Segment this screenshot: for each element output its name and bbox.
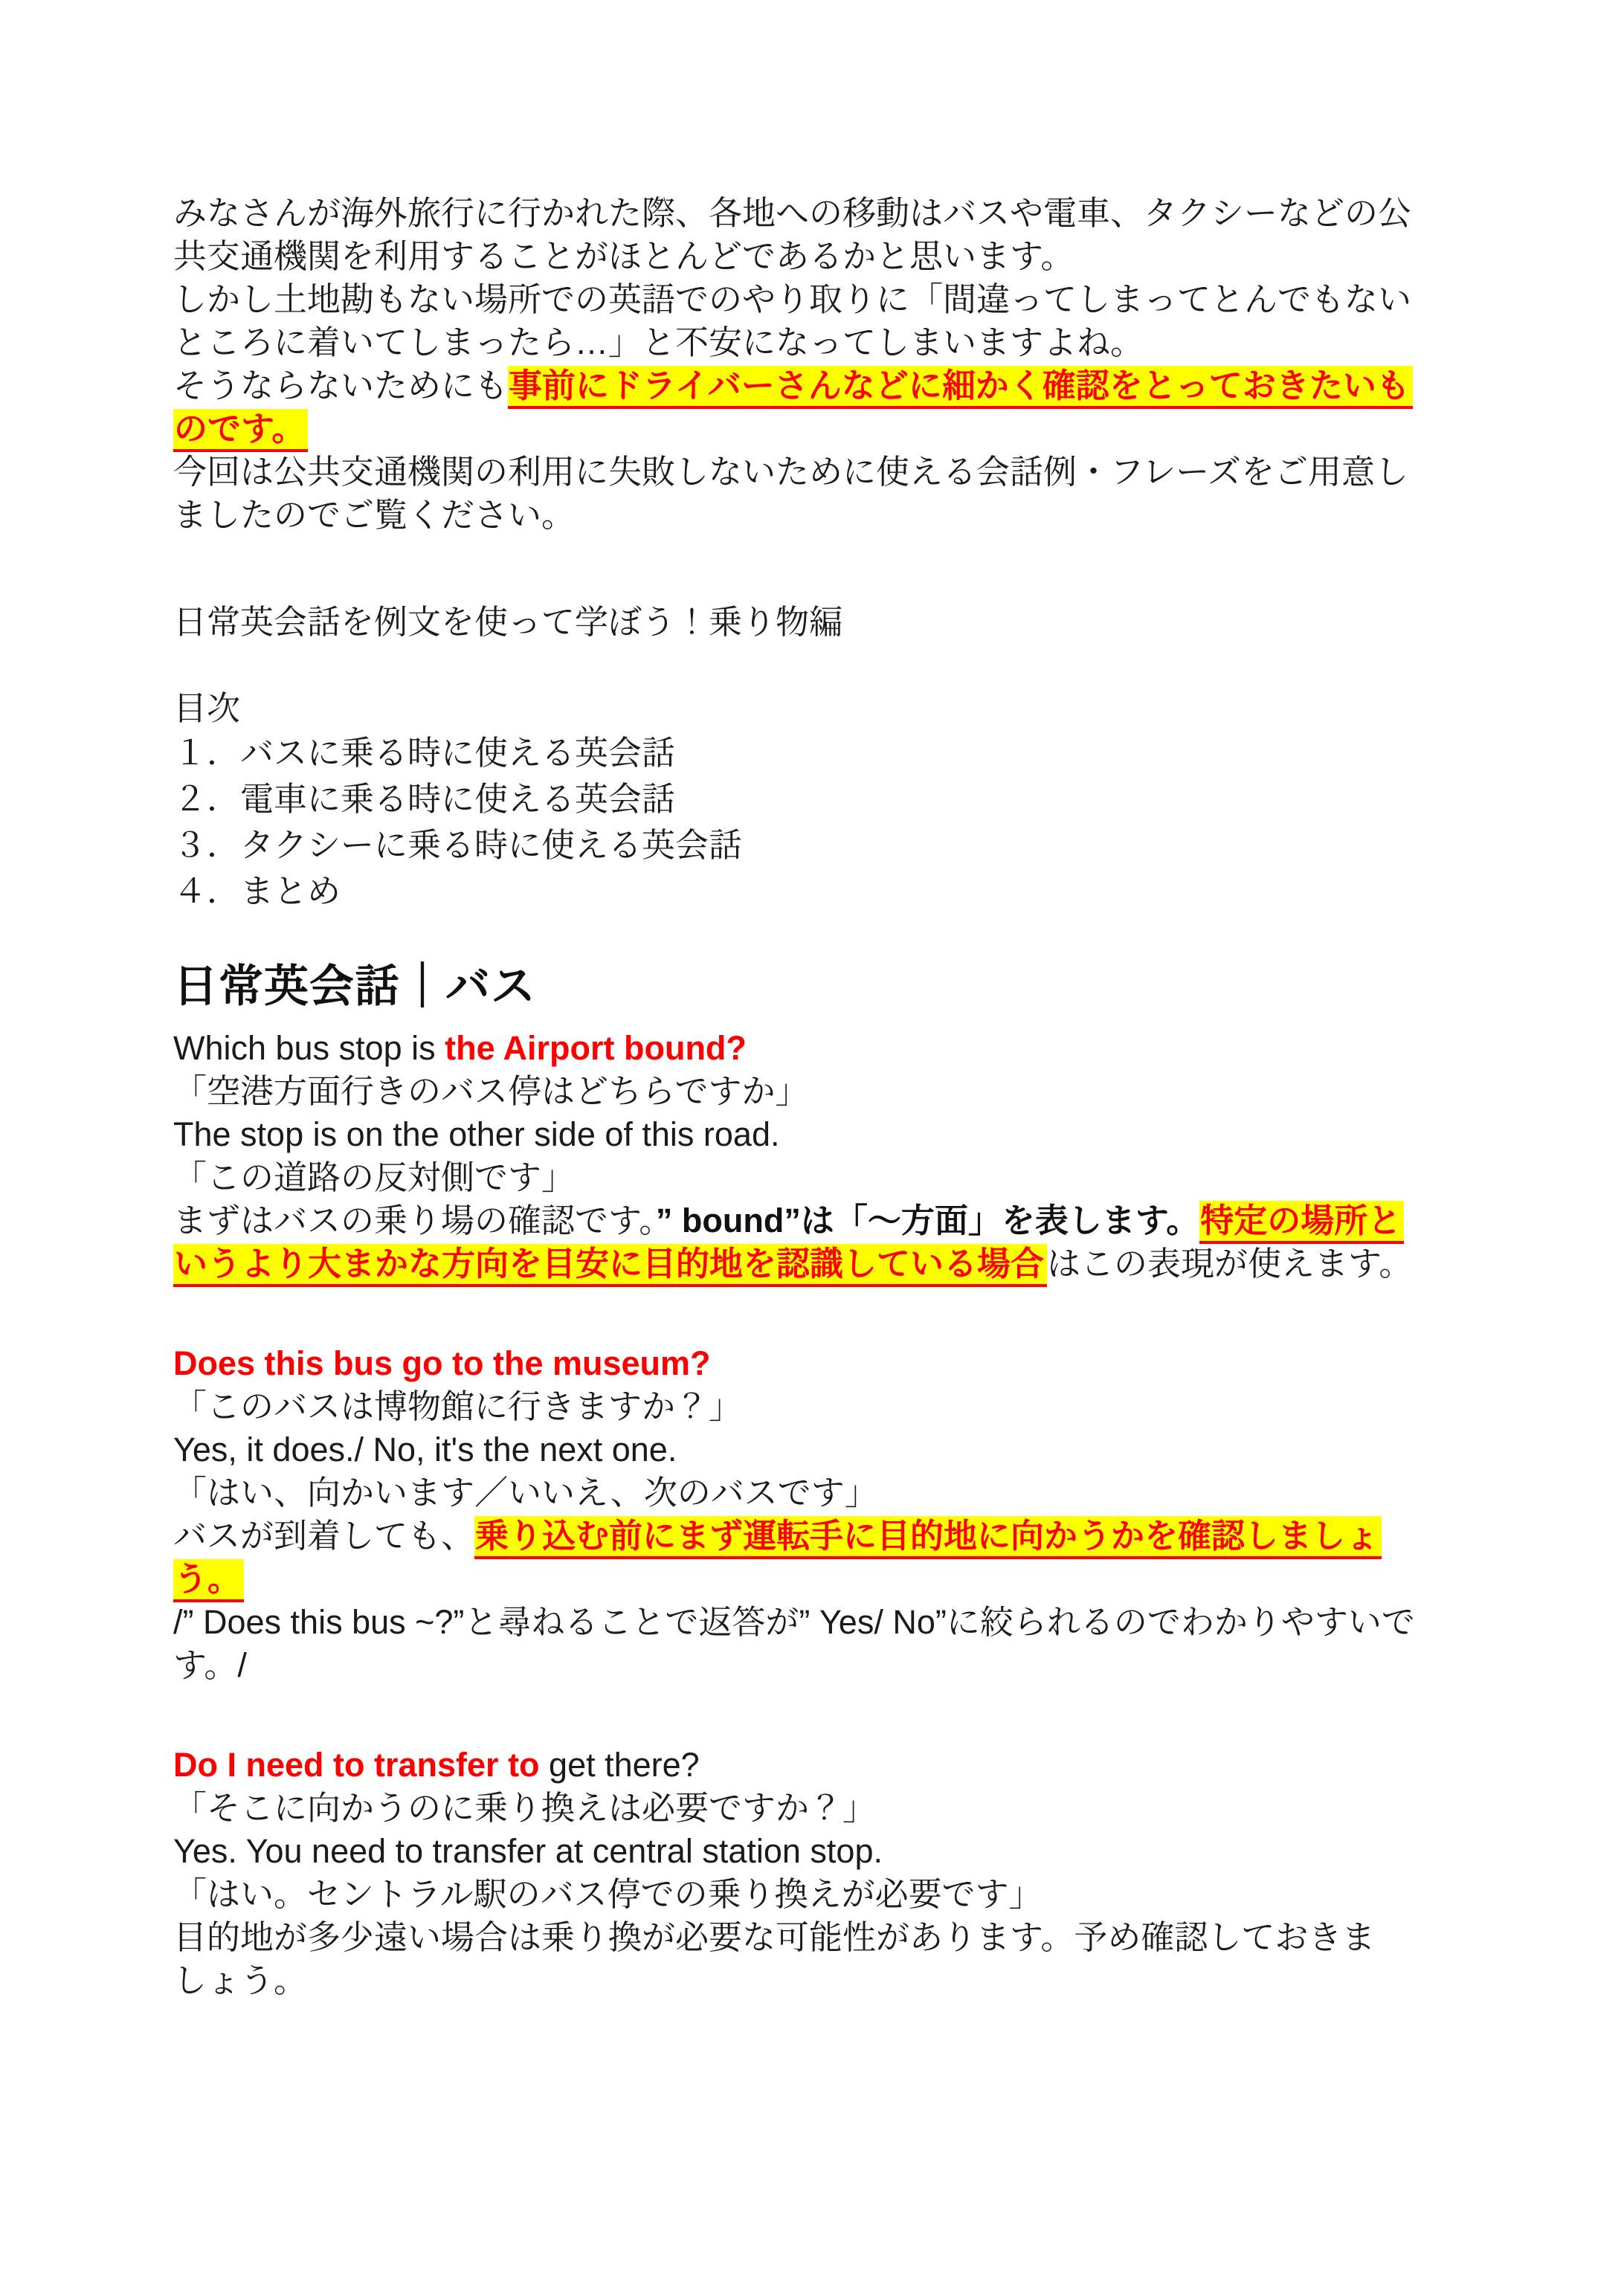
- blank-line: [173, 1286, 1453, 1342]
- text-run: Which bus stop is: [173, 1029, 445, 1067]
- text-run: ２．電車に乗る時に使える英会話: [173, 780, 675, 818]
- bus-note-3-line-1: 目的地が多少遠い場合は乗り換が必要な可能性があります。予め確認しておきま: [173, 1916, 1453, 1959]
- bus-answer-3-en: Yes. You need to transfer at central sta…: [173, 1830, 1453, 1873]
- highlight-run: 特定の場所と: [1199, 1201, 1404, 1244]
- text-run: ３．タクシーに乗る時に使える英会話: [173, 826, 742, 864]
- bus-note-3-line-2: しょう。: [173, 1959, 1453, 2002]
- text-run: はこの表現が使えます。: [1047, 1245, 1412, 1283]
- text-run: ４．まとめ: [173, 872, 341, 910]
- text-run: ところに着いてしまったら…」と不安になってしまいますよね。: [173, 323, 1144, 361]
- text-run: 目的地が多少遠い場合は乗り換が必要な可能性があります。予め確認しておきま: [173, 1918, 1375, 1956]
- bus-question-3-ja: 「そこに向かうのに乗り換えは必要ですか？」: [173, 1787, 1453, 1830]
- text-run: 日常英会話を例文を使って学ぼう！乗り物編: [173, 603, 842, 641]
- article-subtitle: 日常英会話を例文を使って学ぼう！乗り物編: [173, 601, 1453, 644]
- intro-line-7: 今回は公共交通機関の利用に失敗しないために使える会話例・フレーズをご用意し: [173, 451, 1453, 494]
- text-run: 目次: [173, 689, 240, 727]
- red-phrase-run: Do I need to transfer to: [173, 1746, 540, 1784]
- text-run: 「はい。セントラル駅のバス停での乗り換えが必要です」: [173, 1875, 1043, 1913]
- bus-question-2-ja: 「このバスは博物館に行きますか？」: [173, 1385, 1453, 1428]
- text-run: /” Does this bus ~?”と尋ねることで返答が” Yes/ No”…: [173, 1603, 1415, 1641]
- highlight-run: いうより大まかな方向を目安に目的地を認識している場合: [173, 1244, 1047, 1287]
- text-run: 「はい、向かいます／いいえ、次のバスです」: [173, 1474, 878, 1512]
- bus-question-1: Which bus stop is the Airport bound?: [173, 1027, 1453, 1070]
- text-run: す。/: [173, 1646, 247, 1684]
- toc-item-4: ４．まとめ: [173, 868, 1453, 915]
- red-phrase-run: Does this bus go to the museum?: [173, 1344, 711, 1382]
- blank-line: [173, 1687, 1453, 1744]
- intro-line-3: しかし土地勘もない場所での英語でのやり取りに「間違ってしまってとんでもない: [173, 278, 1453, 321]
- blank-line: [173, 537, 1453, 580]
- text-run: get there?: [540, 1746, 700, 1784]
- text-run: バスが到着しても、: [173, 1517, 474, 1555]
- intro-line-1: みなさんが海外旅行に行かれた際、各地への移動はバスや電車、タクシーなどの公: [173, 192, 1453, 235]
- highlight-run: のです。: [173, 409, 308, 452]
- document-page: みなさんが海外旅行に行かれた際、各地への移動はバスや電車、タクシーなどの公 共交…: [0, 0, 1624, 2296]
- text-run: まずはバスの乗り場の確認です。: [173, 1202, 656, 1239]
- highlight-run: う。: [173, 1559, 244, 1602]
- toc-item-3: ３．タクシーに乗る時に使える英会話: [173, 822, 1453, 868]
- bold-run: ” bound”は「〜方面」を表します。: [656, 1202, 1199, 1239]
- text-run: Yes. You need to transfer at central sta…: [173, 1832, 883, 1870]
- text-run: 「この道路の反対側です」: [173, 1158, 575, 1196]
- highlight-run: 乗り込む前にまず運転手に目的地に向かうかを確認しましょ: [474, 1516, 1382, 1559]
- blank-line: [173, 644, 1453, 687]
- bus-question-2: Does this bus go to the museum?: [173, 1342, 1453, 1385]
- text-run: 今回は公共交通機関の利用に失敗しないために使える会話例・フレーズをご用意し: [173, 453, 1408, 491]
- text-run: ましたのでご覧ください。: [173, 496, 575, 534]
- text-run: 共交通機関を利用することがほとんどであるかと思います。: [173, 237, 1074, 275]
- intro-line-4: ところに着いてしまったら…」と不安になってしまいますよね。: [173, 321, 1453, 364]
- bus-question-3: Do I need to transfer to get there?: [173, 1744, 1453, 1787]
- section-heading-bus: 日常英会話｜バス: [173, 961, 1453, 1013]
- highlight-run: 事前にドライバーさんなどに細かく確認をとっておきたいも: [508, 366, 1413, 409]
- bus-note-2-line-2: う。: [173, 1558, 1453, 1601]
- toc-heading: 目次: [173, 687, 1453, 730]
- bus-note-1-line-2: いうより大まかな方向を目安に目的地を認識している場合はこの表現が使えます。: [173, 1242, 1453, 1286]
- text-run: そうならないためにも: [173, 367, 508, 404]
- text-run: しょう。: [173, 1961, 307, 1999]
- intro-line-6: のです。: [173, 407, 1453, 451]
- text-run: しかし土地勘もない場所での英語でのやり取りに「間違ってしまってとんでもない: [173, 280, 1411, 318]
- bus-answer-2-en: Yes, it does./ No, it's the next one.: [173, 1428, 1453, 1471]
- bus-note-2-line-1: バスが到着しても、乗り込む前にまず運転手に目的地に向かうかを確認しましょ: [173, 1515, 1453, 1558]
- text-run: The stop is on the other side of this ro…: [173, 1115, 779, 1153]
- text-run: Yes, it does./ No, it's the next one.: [173, 1431, 677, 1468]
- text-run: １．バスに乗る時に使える英会話: [173, 734, 675, 772]
- toc-item-2: ２．電車に乗る時に使える英会話: [173, 776, 1453, 822]
- bus-answer-1-ja: 「この道路の反対側です」: [173, 1156, 1453, 1199]
- bus-note-2-line-4: す。/: [173, 1644, 1453, 1687]
- text-run: 「このバスは博物館に行きますか？」: [173, 1387, 742, 1425]
- bus-answer-2-ja: 「はい、向かいます／いいえ、次のバスです」: [173, 1471, 1453, 1515]
- bus-note-2-line-3: /” Does this bus ~?”と尋ねることで返答が” Yes/ No”…: [173, 1601, 1453, 1644]
- intro-line-8: ましたのでご覧ください。: [173, 494, 1453, 537]
- red-phrase-run: the Airport bound?: [445, 1029, 747, 1067]
- toc-item-1: １．バスに乗る時に使える英会話: [173, 730, 1453, 776]
- text-run: みなさんが海外旅行に行かれた際、各地への移動はバスや電車、タクシーなどの公: [173, 194, 1411, 232]
- text-run: 「空港方面行きのバス停はどちらですか」: [173, 1072, 809, 1110]
- bus-note-1-line-1: まずはバスの乗り場の確認です。” bound”は「〜方面」を表します。特定の場所…: [173, 1199, 1453, 1242]
- text-run: 日常英会話｜バス: [173, 961, 536, 1011]
- bus-answer-1-en: The stop is on the other side of this ro…: [173, 1113, 1453, 1156]
- bus-question-1-ja: 「空港方面行きのバス停はどちらですか」: [173, 1070, 1453, 1113]
- intro-line-5: そうならないためにも事前にドライバーさんなどに細かく確認をとっておきたいも: [173, 364, 1453, 407]
- bus-answer-3-ja: 「はい。セントラル駅のバス停での乗り換えが必要です」: [173, 1873, 1453, 1916]
- text-run: 「そこに向かうのに乗り換えは必要ですか？」: [173, 1789, 876, 1827]
- intro-line-2: 共交通機関を利用することがほとんどであるかと思います。: [173, 235, 1453, 278]
